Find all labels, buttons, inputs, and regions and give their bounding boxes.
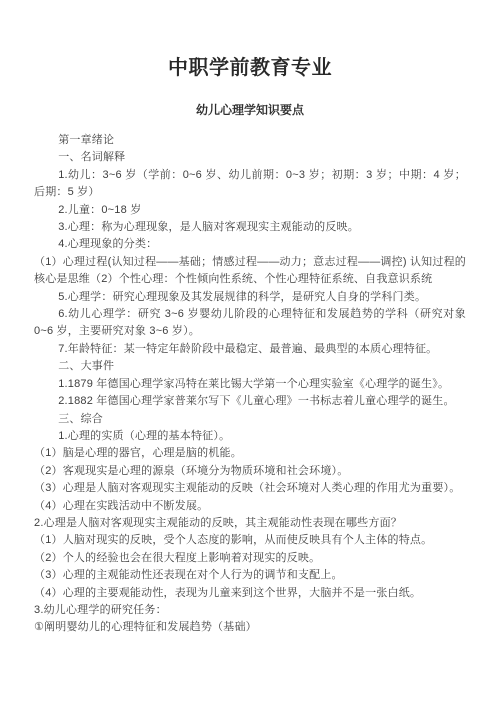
paragraph: 3.心理：称为心理现象，是人脑对客观现实主观能动的反映。 xyxy=(34,219,466,236)
paragraph: 三、综合 xyxy=(34,411,466,428)
paragraph: 1.1879 年德国心理学家冯特在莱比锡大学第一个心理实验室《心理学的诞生》。 xyxy=(34,376,466,393)
document-body: 第一章绪论一、名词解释1.幼儿：3~6 岁（学前：0~6 岁、幼儿前期：0~3 … xyxy=(34,132,466,637)
paragraph: 2.心理是人脑对客观现实主观能动的反映，其主观能动性表现在哪些方面？ xyxy=(34,515,466,532)
paragraph: ①阐明婴幼儿的心理特征和发展趋势（基础） xyxy=(34,619,466,636)
paragraph: 2.1882 年德国心理学家普莱尔写下《儿童心理》一书标志着儿童心理学的诞生。 xyxy=(34,393,466,410)
paragraph: 7.年龄特征：某一特定年龄阶段中最稳定、最普遍、最典型的本质心理特征。 xyxy=(34,341,466,358)
document-title: 中职学前教育专业 xyxy=(34,56,466,81)
document-subtitle: 幼儿心理学知识要点 xyxy=(34,103,466,118)
paragraph: 3.幼儿心理学的研究任务： xyxy=(34,602,466,619)
paragraph: 二、大事件 xyxy=(34,358,466,375)
paragraph: （2）客观现实是心理的源泉（环境分为物质环境和社会环境）。 xyxy=(34,463,466,480)
paragraph: （4）心理在实践活动中不断发展。 xyxy=(34,498,466,515)
paragraph: 第一章绪论 xyxy=(34,132,466,149)
paragraph: 5.心理学：研究心理现象及其发展规律的科学，是研究人自身的学科门类。 xyxy=(34,289,466,306)
paragraph: 4.心理现象的分类： xyxy=(34,236,466,253)
paragraph: （4）心理的主要观能动性，表现为儿童来到这个世界，大脑并不是一张白纸。 xyxy=(34,585,466,602)
paragraph: 1.心理的实质（心理的基本特征）。 xyxy=(34,428,466,445)
document-page: 中职学前教育专业 幼儿心理学知识要点 第一章绪论一、名词解释1.幼儿：3~6 岁… xyxy=(0,0,500,707)
paragraph: （2）个人的经验也会在很大程度上影响着对现实的反映。 xyxy=(34,550,466,567)
paragraph: （3）心理的主观能动性还表现在对个人行为的调节和支配上。 xyxy=(34,567,466,584)
paragraph: 一、名词解释 xyxy=(34,149,466,166)
paragraph: （1）人脑对现实的反映，受个人态度的影响，从而使反映具有个人主体的特点。 xyxy=(34,532,466,549)
paragraph: 6.幼儿心理学：研究 3~6 岁婴幼儿阶段的心理特征和发展趋势的学科（研究对象 … xyxy=(34,306,466,341)
paragraph: 1.幼儿：3~6 岁（学前：0~6 岁、幼儿前期：0~3 岁；初期：3 岁；中期… xyxy=(34,167,466,202)
paragraph: （3）心理是人脑对客观现实主观能动的反映（社会环境对人类心理的作用尤为重要）。 xyxy=(34,480,466,497)
paragraph: 2.儿童：0~18 岁 xyxy=(34,202,466,219)
paragraph: （1）脑是心理的器官，心理是脑的机能。 xyxy=(34,445,466,462)
paragraph: （1）心理过程(认知过程——基础；情感过程——动力；意志过程——调控) 认知过程… xyxy=(34,254,466,289)
